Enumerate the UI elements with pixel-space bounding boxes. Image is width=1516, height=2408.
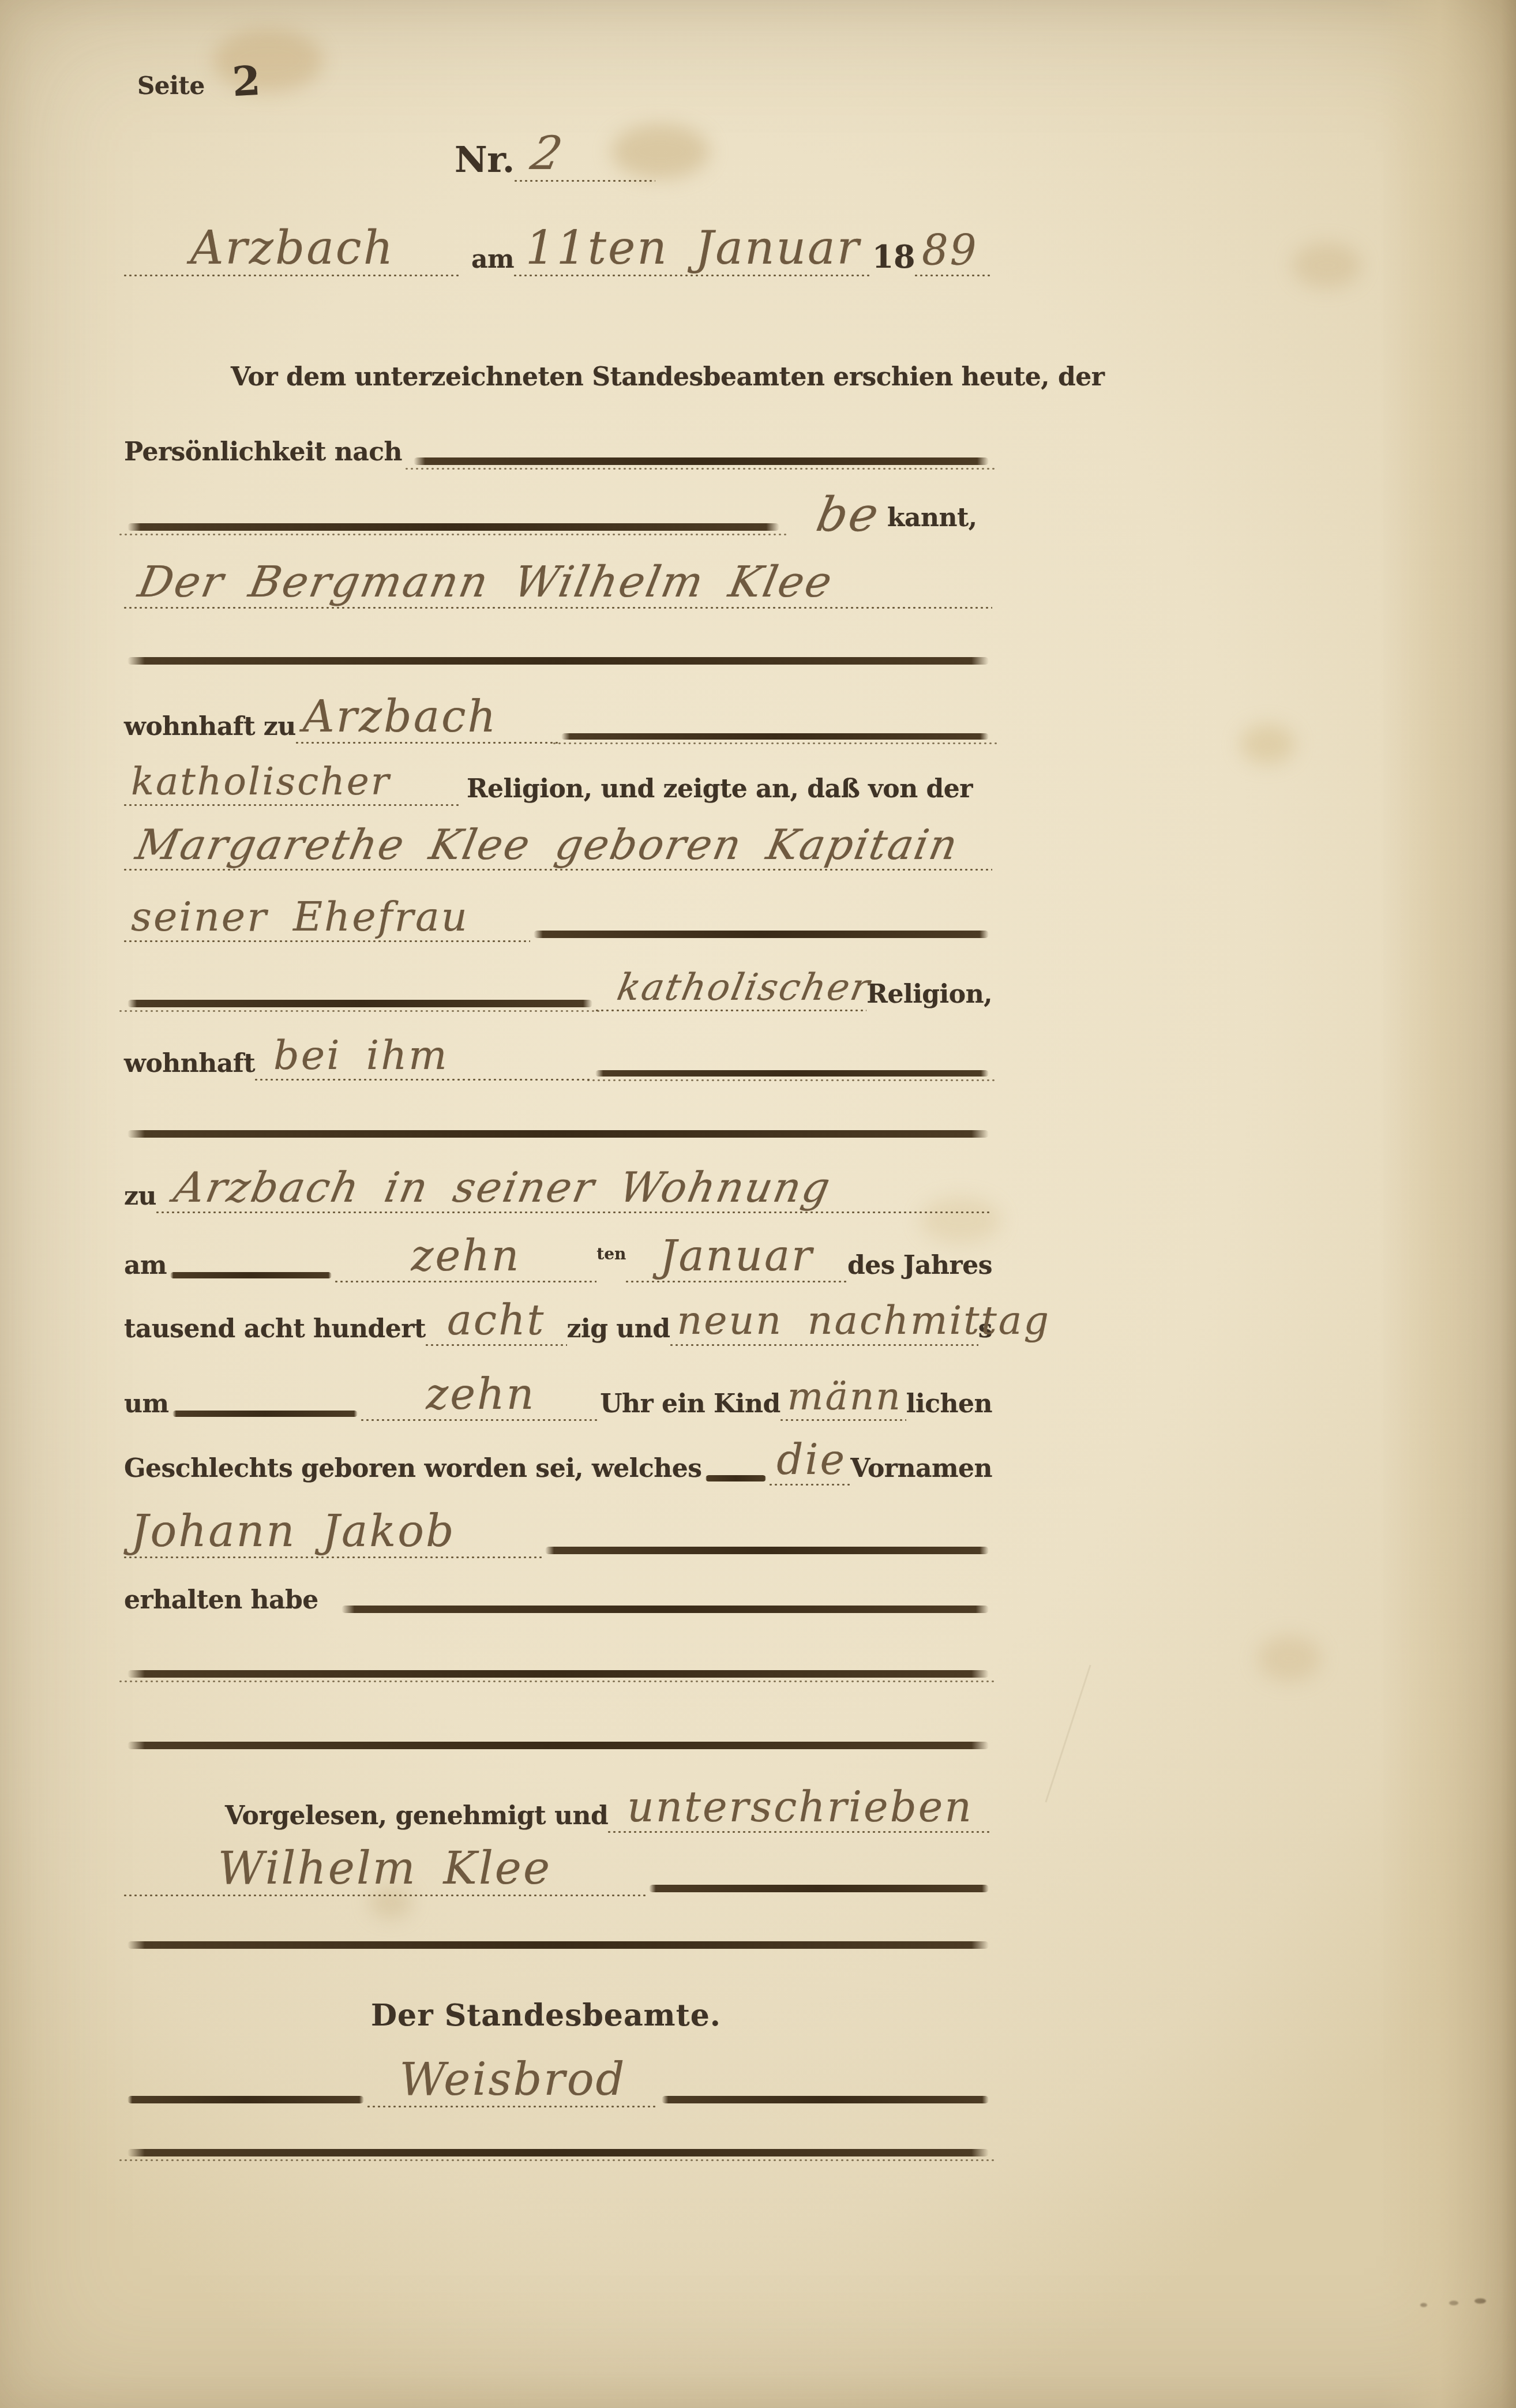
relation-handwritten: seiner Ehefrau bbox=[131, 893, 469, 940]
zig-label: zig und bbox=[567, 1316, 670, 1349]
declarant-signature: Wilhelm Klee bbox=[218, 1843, 551, 1895]
strike-line bbox=[127, 523, 779, 531]
birth-month-handwritten: Januar bbox=[660, 1231, 814, 1281]
am-label: am bbox=[124, 1253, 167, 1285]
strike-line bbox=[706, 1475, 767, 1481]
vornamen-label: Vornamen bbox=[850, 1456, 992, 1488]
decade-handwritten: acht bbox=[447, 1296, 546, 1344]
strike-line bbox=[595, 1070, 989, 1077]
gender-handwritten: männ bbox=[787, 1374, 902, 1419]
strike-line bbox=[127, 1742, 989, 1749]
religion1-label: Religion, und zeigte an, daß von der bbox=[467, 777, 973, 809]
religion2-handwritten: katholischer bbox=[614, 969, 874, 1006]
known-label: kannt, bbox=[887, 505, 977, 538]
residence-handwritten: Arzbach bbox=[303, 691, 498, 742]
closing-handwritten: unterschrieben bbox=[627, 1783, 973, 1831]
dateline-year-printed: 18 bbox=[872, 241, 915, 279]
article-handwritten: die bbox=[776, 1435, 846, 1484]
strike-line bbox=[127, 1000, 592, 1007]
gender-suffix-label: lichen bbox=[906, 1391, 992, 1424]
registrar-signature: Weisbrod bbox=[399, 2054, 626, 2106]
religion1-handwritten: katholischer bbox=[131, 759, 391, 804]
received-label: erhalten habe bbox=[124, 1588, 318, 1620]
birth-day-handwritten: zehn bbox=[411, 1231, 520, 1281]
strike-line bbox=[127, 1130, 989, 1138]
stain bbox=[1258, 1636, 1321, 1682]
hour-handwritten: zehn bbox=[426, 1370, 535, 1419]
strike-line bbox=[127, 2149, 989, 2156]
ink-speck bbox=[1420, 2303, 1427, 2307]
dateline-place: Arzbach bbox=[190, 221, 395, 275]
stain bbox=[1240, 724, 1295, 764]
crease bbox=[1045, 1665, 1091, 1803]
ink-speck bbox=[1474, 2298, 1486, 2304]
registrar-title: Der Standesbeamte. bbox=[371, 2001, 721, 2038]
strike-line bbox=[127, 657, 989, 665]
strike-line bbox=[649, 1885, 989, 1892]
strike-line bbox=[342, 1606, 989, 1613]
strike-line bbox=[414, 457, 989, 465]
ink-speck bbox=[1449, 2301, 1458, 2305]
strike-line bbox=[172, 1411, 358, 1417]
register-page: Seite 2 Nr. 2 Arzbach am 11ten Januar 18… bbox=[0, 0, 1516, 2408]
strike-line bbox=[127, 2096, 364, 2103]
strike-line bbox=[127, 1941, 989, 1949]
residence2-handwritten: bei ihm bbox=[273, 1032, 449, 1079]
residence-label: wohnhaft zu bbox=[124, 714, 296, 747]
identity-label: Persönlichkeit nach bbox=[124, 440, 402, 472]
year-time-handwritten: neun nachmittag bbox=[677, 1298, 1050, 1344]
dateline-date: 11ten Januar bbox=[526, 221, 861, 275]
uhr-label: Uhr ein Kind bbox=[600, 1391, 780, 1424]
strike-line bbox=[534, 931, 989, 938]
record-number-value: 2 bbox=[527, 130, 567, 177]
dateline-am-label: am bbox=[471, 247, 514, 279]
sex-line-label: Geschlechts geboren worden sei, welches bbox=[124, 1456, 702, 1488]
year-label: des Jahres bbox=[847, 1253, 992, 1285]
strike-line bbox=[170, 1272, 332, 1278]
mother-handwritten: Margarethe Klee geboren Kapitain bbox=[133, 824, 962, 865]
strike-line bbox=[545, 1547, 989, 1554]
strike-line bbox=[127, 1670, 989, 1678]
strike-line bbox=[561, 733, 989, 740]
zu-label: zu bbox=[124, 1184, 156, 1216]
declarant-handwritten: Der Bergmann Wilhelm Klee bbox=[135, 561, 837, 603]
um-label: um bbox=[124, 1391, 169, 1424]
page-label: Seite bbox=[137, 74, 205, 105]
closing-label: Vorgelesen, genehmigt und bbox=[225, 1803, 608, 1836]
thousand-label: tausend acht hundert bbox=[124, 1316, 426, 1349]
dateline-year-written: 89 bbox=[922, 226, 978, 275]
child-name-handwritten: Johann Jakob bbox=[131, 1505, 456, 1556]
strike-line bbox=[662, 2096, 989, 2103]
intro-line: Vor dem unterzeichneten Standesbeamten e… bbox=[231, 365, 1104, 397]
record-number-label: Nr. bbox=[455, 142, 515, 185]
birthplace-handwritten: Arzbach in seiner Wohnung bbox=[171, 1167, 835, 1208]
ten-label: ten bbox=[596, 1246, 626, 1285]
page-number: 2 bbox=[231, 61, 261, 109]
religion2-label: Religion, bbox=[866, 982, 992, 1014]
known-prefix-handwritten: be bbox=[813, 492, 884, 539]
residence2-label: wohnhaft bbox=[124, 1051, 255, 1083]
stain bbox=[1292, 242, 1361, 288]
